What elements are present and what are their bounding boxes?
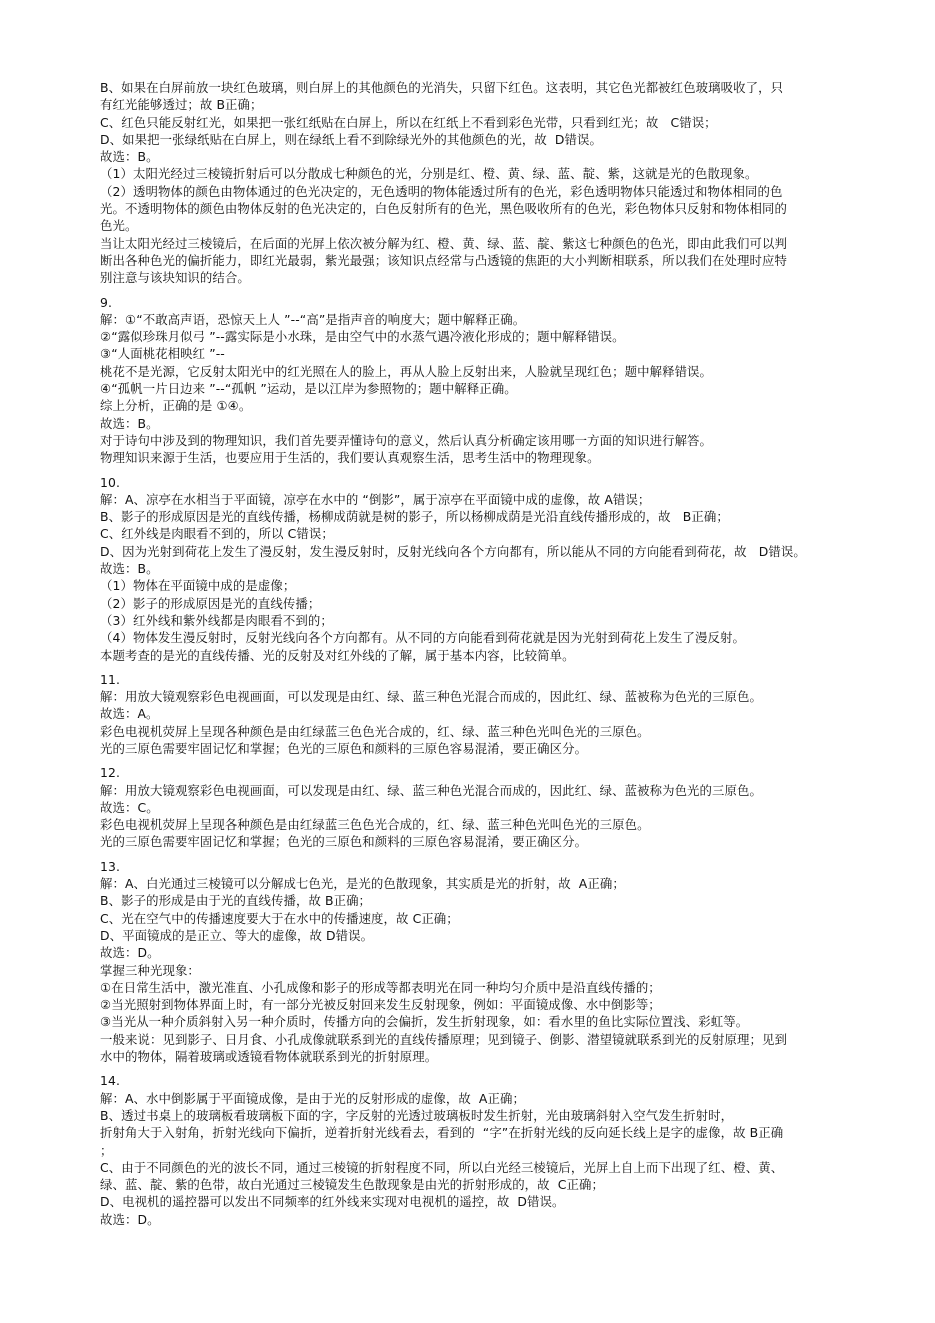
answer-q8-tail: B、如果在白屏前放一块红色玻璃，则白屏上的其他颜色的光消失，只留下红色。这表明，… <box>100 79 835 287</box>
question-number: 12. <box>100 764 835 781</box>
text-line: ②当光照射到物体界面上时，有一部分光被反射回来发生反射现象，例如：平面镜成像、水… <box>100 996 835 1013</box>
text-line: 绿、蓝、靛、紫的色带，故白光通过三棱镜发生色散现象是由光的折射形成的，故 C正确… <box>100 1176 835 1193</box>
answer-choice-line: 故选：A。 <box>100 705 835 722</box>
text-line: 物理知识来源于生活，也要应用于生活的，我们要认真观察生活，思考生活中的物理现象。 <box>100 449 835 466</box>
text-line: 桃花不是光源，它反射太阳光中的红光照在人的脸上，再从人脸上反射出来，人脸就呈现红… <box>100 363 835 380</box>
text-line: 解：①“不敢高声语，恐惊天上人 ”--“高”是指声音的响度大；题中解释正确。 <box>100 311 835 328</box>
text-line: 光。不透明物体的颜色由物体反射的色光决定的，白色反射所有的色光，黑色吸收所有的色… <box>100 200 835 217</box>
text-line: 对于诗句中涉及到的物理知识，我们首先要弄懂诗句的意义，然后认真分析确定该用哪一方… <box>100 432 835 449</box>
text-line: C、光在空气中的传播速度要大于在水中的传播速度，故 C正确； <box>100 910 835 927</box>
question-number: 10. <box>100 474 835 491</box>
text-line: （1）太阳光经过三棱镜折射后可以分散成七种颜色的光，分别是红、橙、黄、绿、蓝、靛… <box>100 165 835 182</box>
text-line: C、红色只能反射红光，如果把一张红纸贴在白屏上，所以在红纸上不看到彩色光带，只看… <box>100 114 835 131</box>
answer-choice-line: 故选：D。 <box>100 944 835 961</box>
text-line: 解：A、白光通过三棱镜可以分解成七色光，是光的色散现象，其实质是光的折射，故 A… <box>100 875 835 892</box>
answer-q11: 11. 解：用放大镜观察彩色电视画面，可以发现是由红、绿、蓝三种色光混合而成的，… <box>100 671 835 757</box>
text-line: D、如果把一张绿纸贴在白屏上，则在绿纸上看不到除绿光外的其他颜色的光，故 D错误… <box>100 131 835 148</box>
answer-choice-line: 故选：B。 <box>100 415 835 432</box>
text-line: D、平面镜成的是正立、等大的虚像，故 D错误。 <box>100 927 835 944</box>
text-line: 断出各种色光的偏折能力，即红光最弱，紫光最强；该知识点经常与凸透镜的焦距的大小判… <box>100 252 835 269</box>
text-line: （3）红外线和紫外线都是肉眼看不到的； <box>100 612 835 629</box>
answer-choice-line: 故选：B。 <box>100 560 835 577</box>
text-line: 解：用放大镜观察彩色电视画面，可以发现是由红、绿、蓝三种色光混合而成的，因此红、… <box>100 688 835 705</box>
text-line: B、影子的形成原因是光的直线传播，杨柳成荫就是树的影子，所以杨柳成荫是光沿直线传… <box>100 508 835 525</box>
question-number: 11. <box>100 671 835 688</box>
answer-q10: 10. 解：A、凉亭在水相当于平面镜，凉亭在水中的 “倒影”，属于凉亭在平面镜中… <box>100 474 835 664</box>
section-gap <box>100 467 835 474</box>
text-line: 本题考查的是光的直线传播、光的反射及对红外线的了解，属于基本内容，比较简单。 <box>100 647 835 664</box>
text-line: B、影子的形成是由于光的直线传播，故 B正确； <box>100 892 835 909</box>
text-line: 光的三原色需要牢固记忆和掌握；色光的三原色和颜料的三原色容易混淆，要正确区分。 <box>100 740 835 757</box>
answer-q12: 12. 解：用放大镜观察彩色电视画面，可以发现是由红、绿、蓝三种色光混合而成的，… <box>100 764 835 850</box>
text-line: 彩色电视机荧屏上呈现各种颜色是由红绿蓝三色色光合成的，红、绿、蓝三种色光叫色光的… <box>100 723 835 740</box>
question-number: 14. <box>100 1072 835 1089</box>
text-line: 解：A、水中倒影属于平面镜成像，是由于光的反射形成的虚像，故 A正确； <box>100 1090 835 1107</box>
text-line: ④“孤帆一片日边来 ”--“孤帆 ”运动，是以江岸为参照物的；题中解释正确。 <box>100 380 835 397</box>
text-line: （2）影子的形成原因是光的直线传播； <box>100 595 835 612</box>
text-line: 解：用放大镜观察彩色电视画面，可以发现是由红、绿、蓝三种色光混合而成的，因此红、… <box>100 782 835 799</box>
section-gap <box>100 757 835 764</box>
text-line: 折射角大于入射角，折射光线向下偏折，逆着折射光线看去，看到的 “字”在折射光线的… <box>100 1124 835 1141</box>
question-number: 9. <box>100 294 835 311</box>
document-page: B、如果在白屏前放一块红色玻璃，则白屏上的其他颜色的光消失，只留下红色。这表明，… <box>100 79 835 1228</box>
text-line: D、因为光射到荷花上发生了漫反射，发生漫反射时，反射光线向各个方向都有，所以能从… <box>100 543 835 560</box>
answer-choice-line: 故选：D。 <box>100 1211 835 1228</box>
text-line: 光的三原色需要牢固记忆和掌握；色光的三原色和颜料的三原色容易混淆，要正确区分。 <box>100 833 835 850</box>
text-line: ③“人面桃花相映红 ”-- <box>100 345 835 362</box>
text-line: ②“露似珍珠月似弓 ”--露实际是小水珠，是由空气中的水蒸气遇冷液化形成的；题中… <box>100 328 835 345</box>
text-line: B、透过书桌上的玻璃板看玻璃板下面的字，字反射的光透过玻璃板时发生折射，光由玻璃… <box>100 1107 835 1124</box>
section-gap <box>100 851 835 858</box>
text-line: 综上分析，正确的是 ①④。 <box>100 397 835 414</box>
text-line: 掌握三种光现象： <box>100 962 835 979</box>
text-line: 彩色电视机荧屏上呈现各种颜色是由红绿蓝三色色光合成的，红、绿、蓝三种色光叫色光的… <box>100 816 835 833</box>
answer-choice-line: 故选：C。 <box>100 799 835 816</box>
text-line: ； <box>100 1142 835 1159</box>
text-line: 色光。 <box>100 217 835 234</box>
text-line: （2）透明物体的颜色由物体通过的色光决定的，无色透明的物体能透过所有的色光，彩色… <box>100 183 835 200</box>
answer-q9: 9. 解：①“不敢高声语，恐惊天上人 ”--“高”是指声音的响度大；题中解释正确… <box>100 294 835 467</box>
text-line: 水中的物体，隔着玻璃或透镜看物体就联系到光的折射原理。 <box>100 1048 835 1065</box>
section-gap <box>100 287 835 294</box>
question-number: 13. <box>100 858 835 875</box>
text-line: 别注意与该块知识的结合。 <box>100 269 835 286</box>
text-line: 当让太阳光经过三棱镜后，在后面的光屏上依次被分解为红、橙、黄、绿、蓝、靛、紫这七… <box>100 235 835 252</box>
text-line: C、红外线是肉眼看不到的，所以 C错误； <box>100 525 835 542</box>
section-gap <box>100 664 835 671</box>
answer-q14: 14. 解：A、水中倒影属于平面镜成像，是由于光的反射形成的虚像，故 A正确； … <box>100 1072 835 1228</box>
text-line: 解：A、凉亭在水相当于平面镜，凉亭在水中的 “倒影”，属于凉亭在平面镜中成的虚像… <box>100 491 835 508</box>
answer-choice-line: 故选：B。 <box>100 148 835 165</box>
text-line: （4）物体发生漫反射时，反射光线向各个方向都有。从不同的方向能看到荷花就是因为光… <box>100 629 835 646</box>
text-line: ①在日常生活中，激光准直、小孔成像和影子的形成等都表明光在同一种均匀介质中是沿直… <box>100 979 835 996</box>
text-line: 有红光能够透过；故 B正确； <box>100 96 835 113</box>
text-line: ③当光从一种介质斜射入另一种介质时，传播方向的会偏折，发生折射现象，如：看水里的… <box>100 1013 835 1030</box>
text-line: B、如果在白屏前放一块红色玻璃，则白屏上的其他颜色的光消失，只留下红色。这表明，… <box>100 79 835 96</box>
text-line: C、由于不同颜色的光的波长不同，通过三棱镜的折射程度不同，所以白光经三棱镜后，光… <box>100 1159 835 1176</box>
text-line: 一般来说：见到影子、日月食、小孔成像就联系到光的直线传播原理；见到镜子、倒影、潜… <box>100 1031 835 1048</box>
section-gap <box>100 1065 835 1072</box>
text-line: D、电视机的遥控器可以发出不同频率的红外线来实现对电视机的遥控，故 D错误。 <box>100 1193 835 1210</box>
answer-q13: 13. 解：A、白光通过三棱镜可以分解成七色光，是光的色散现象，其实质是光的折射… <box>100 858 835 1066</box>
text-line: （1）物体在平面镜中成的是虚像； <box>100 577 835 594</box>
